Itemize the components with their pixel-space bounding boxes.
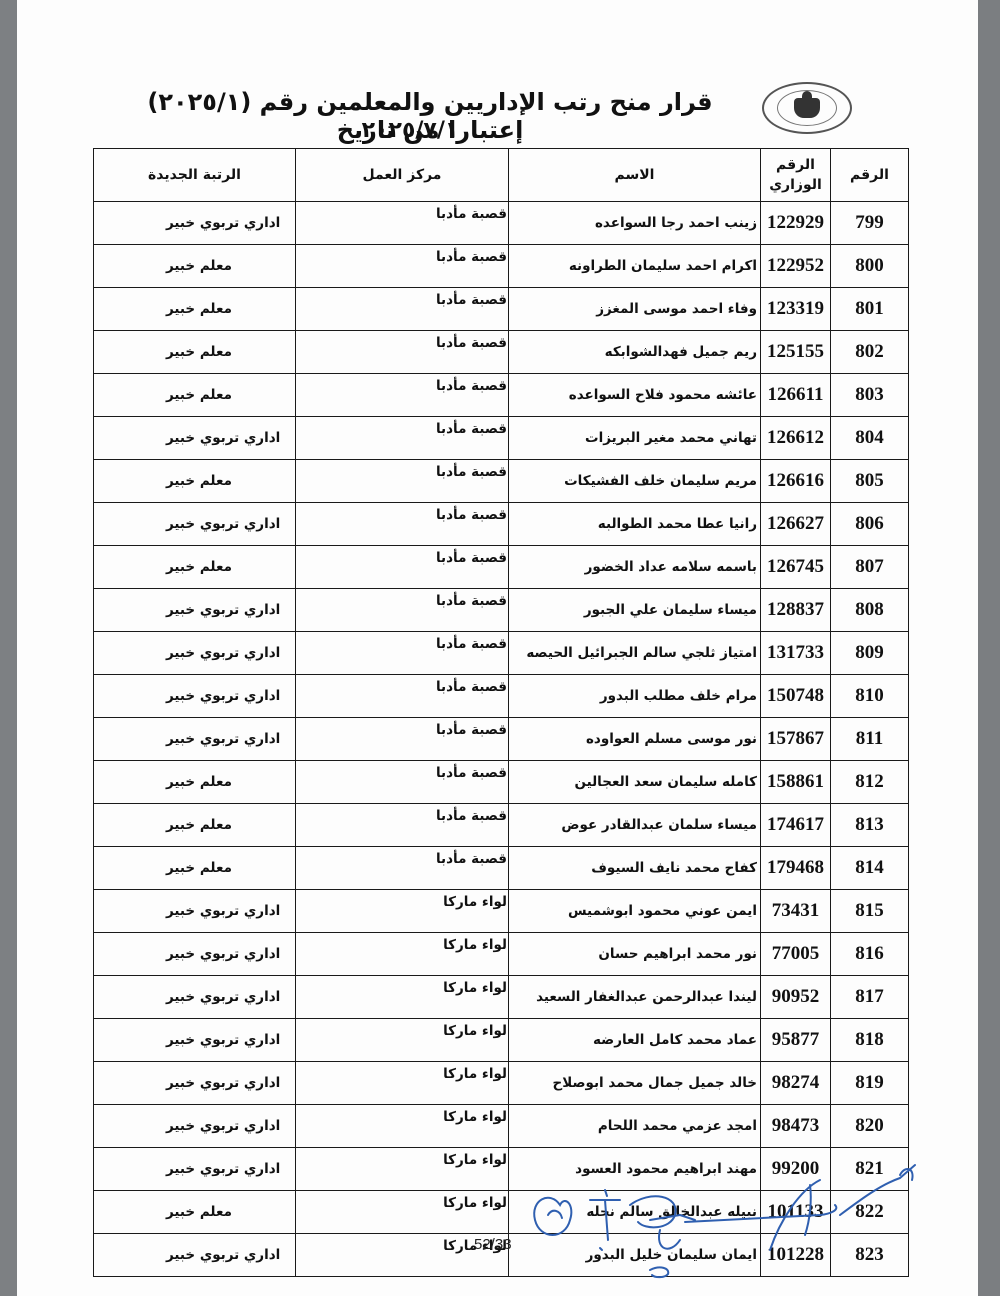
row-number: 801 [831, 288, 909, 331]
row-workplace: لواء ماركا [296, 1062, 509, 1105]
new-rank-text: معلم خبير [166, 473, 232, 489]
row-workplace: قصبة مأدبا [296, 804, 509, 847]
new-rank-text: اداري تربوي خبير [166, 688, 280, 704]
header-workplace: مركز العمل [296, 149, 509, 202]
table-row: 810150748مرام خلف مطلب البدورقصبة مأدباا… [94, 675, 909, 718]
new-rank-text: معلم خبير [166, 1204, 232, 1220]
table-row: 807126745باسمه سلامه عداد الخضورقصبة مأد… [94, 546, 909, 589]
row-name: مرام خلف مطلب البدور [509, 675, 761, 718]
header-name: الاسم [509, 149, 761, 202]
table-row: 802125155ريم جميل فهدالشوابكهقصبة مأدبام… [94, 331, 909, 374]
row-number: 811 [831, 718, 909, 761]
new-rank-text: معلم خبير [166, 258, 232, 274]
row-workplace: قصبة مأدبا [296, 589, 509, 632]
new-rank-text: اداري تربوي خبير [166, 989, 280, 1005]
row-ministry-number: 131733 [761, 632, 831, 675]
row-workplace: لواء ماركا [296, 933, 509, 976]
table-row: 813174617ميساء سلمان عبدالقادر عوضقصبة م… [94, 804, 909, 847]
table-row: 804126612تهاني محمد مغير البريزاتقصبة مأ… [94, 417, 909, 460]
new-rank-text: اداري تربوي خبير [166, 946, 280, 962]
table-row: 806126627رانيا عطا محمد الطوالبهقصبة مأد… [94, 503, 909, 546]
row-name: كامله سليمان سعد العجالين [509, 761, 761, 804]
row-number: 804 [831, 417, 909, 460]
row-number: 806 [831, 503, 909, 546]
handwritten-signatures [520, 1160, 970, 1290]
new-rank-text: اداري تربوي خبير [166, 1161, 280, 1177]
new-rank-text: معلم خبير [166, 301, 232, 317]
row-new-rank: اداري تربوي خبير [94, 1019, 296, 1062]
new-rank-text: معلم خبير [166, 860, 232, 876]
row-number: 800 [831, 245, 909, 288]
row-ministry-number: 179468 [761, 847, 831, 890]
row-workplace: قصبة مأدبا [296, 202, 509, 245]
row-number: 808 [831, 589, 909, 632]
row-name: كفاح محمد نايف السيوف [509, 847, 761, 890]
new-rank-text: معلم خبير [166, 817, 232, 833]
new-rank-text: اداري تربوي خبير [166, 602, 280, 618]
row-new-rank: معلم خبير [94, 847, 296, 890]
table-header-row: الرقم الرقم الوزاري الاسم مركز العمل الر… [94, 149, 909, 202]
header-number: الرقم [831, 149, 909, 202]
new-rank-text: اداري تربوي خبير [166, 430, 280, 446]
row-name: ايمن عوني محمود ابوشميس [509, 890, 761, 933]
row-ministry-number: 157867 [761, 718, 831, 761]
row-name: خالد جميل جمال محمد ابوصلاح [509, 1062, 761, 1105]
row-ministry-number: 95877 [761, 1019, 831, 1062]
emblem-inner-ring [777, 90, 837, 126]
table-row: 803126611عائشه محمود فلاح السواعدهقصبة م… [94, 374, 909, 417]
table-row: 81677005نور محمد ابراهيم حسانلواء ماركاا… [94, 933, 909, 976]
row-workplace: لواء ماركا [296, 1105, 509, 1148]
row-ministry-number: 98274 [761, 1062, 831, 1105]
new-rank-text: اداري تربوي خبير [166, 516, 280, 532]
row-number: 807 [831, 546, 909, 589]
table-row: 82098473امجد عزمي محمد اللحاملواء ماركاا… [94, 1105, 909, 1148]
header-new-rank: الرتبة الجديدة [94, 149, 296, 202]
new-rank-text: اداري تربوي خبير [166, 1118, 280, 1134]
row-number: 799 [831, 202, 909, 245]
row-workplace: قصبة مأدبا [296, 847, 509, 890]
row-new-rank: اداري تربوي خبير [94, 1148, 296, 1191]
new-rank-text: اداري تربوي خبير [166, 1032, 280, 1048]
row-ministry-number: 128837 [761, 589, 831, 632]
row-ministry-number: 126627 [761, 503, 831, 546]
row-new-rank: اداري تربوي خبير [94, 976, 296, 1019]
new-rank-text: معلم خبير [166, 559, 232, 575]
row-workplace: قصبة مأدبا [296, 632, 509, 675]
new-rank-text: اداري تربوي خبير [166, 903, 280, 919]
scan-edge-right [978, 0, 1000, 1296]
row-number: 813 [831, 804, 909, 847]
row-new-rank: اداري تربوي خبير [94, 1062, 296, 1105]
row-ministry-number: 126611 [761, 374, 831, 417]
table-row: 814179468كفاح محمد نايف السيوفقصبة مأدبا… [94, 847, 909, 890]
row-new-rank: اداري تربوي خبير [94, 417, 296, 460]
row-new-rank: معلم خبير [94, 331, 296, 374]
row-name: وفاء احمد موسى المغزز [509, 288, 761, 331]
row-workplace: قصبة مأدبا [296, 546, 509, 589]
row-name: امجد عزمي محمد اللحام [509, 1105, 761, 1148]
row-workplace: لواء ماركا [296, 890, 509, 933]
page-number: 52/33 [474, 1236, 512, 1253]
row-workplace: قصبة مأدبا [296, 331, 509, 374]
row-name: ميساء سليمان علي الجبور [509, 589, 761, 632]
row-name: زينب احمد رجا السواعده [509, 202, 761, 245]
row-workplace: قصبة مأدبا [296, 761, 509, 804]
table-row: 81573431ايمن عوني محمود ابوشميسلواء مارك… [94, 890, 909, 933]
table-row: 805126616مريم سليمان خلف الفشيكاتقصبة مأ… [94, 460, 909, 503]
row-new-rank: معلم خبير [94, 245, 296, 288]
row-ministry-number: 150748 [761, 675, 831, 718]
row-workplace: قصبة مأدبا [296, 245, 509, 288]
row-ministry-number: 77005 [761, 933, 831, 976]
table-row: 808128837ميساء سليمان علي الجبورقصبة مأد… [94, 589, 909, 632]
scan-edge-left [0, 0, 17, 1296]
row-new-rank: اداري تربوي خبير [94, 675, 296, 718]
row-ministry-number: 90952 [761, 976, 831, 1019]
row-new-rank: اداري تربوي خبير [94, 933, 296, 976]
row-number: 816 [831, 933, 909, 976]
row-number: 802 [831, 331, 909, 374]
row-name: رانيا عطا محمد الطوالبه [509, 503, 761, 546]
row-name: ليندا عبدالرحمن عبدالغفار السعيد [509, 976, 761, 1019]
row-number: 820 [831, 1105, 909, 1148]
new-rank-text: اداري تربوي خبير [166, 731, 280, 747]
new-rank-text: اداري تربوي خبير [166, 645, 280, 661]
row-name: تهاني محمد مغير البريزات [509, 417, 761, 460]
row-new-rank: اداري تربوي خبير [94, 890, 296, 933]
row-workplace: لواء ماركا [296, 1191, 509, 1234]
row-name: امتياز ثلجي سالم الجبرائيل الحيصه [509, 632, 761, 675]
row-new-rank: معلم خبير [94, 804, 296, 847]
row-workplace: قصبة مأدبا [296, 675, 509, 718]
row-workplace: لواء ماركا [296, 976, 509, 1019]
row-number: 818 [831, 1019, 909, 1062]
table-body: 799122929زينب احمد رجا السواعدهقصبة مأدب… [94, 202, 909, 1277]
row-name: نور موسى مسلم العواوده [509, 718, 761, 761]
row-new-rank: اداري تربوي خبير [94, 589, 296, 632]
new-rank-text: معلم خبير [166, 774, 232, 790]
table-row: 812158861كامله سليمان سعد العجالينقصبة م… [94, 761, 909, 804]
row-number: 812 [831, 761, 909, 804]
row-new-rank: اداري تربوي خبير [94, 1234, 296, 1277]
row-workplace: قصبة مأدبا [296, 288, 509, 331]
row-number: 805 [831, 460, 909, 503]
row-number: 814 [831, 847, 909, 890]
row-new-rank: اداري تربوي خبير [94, 632, 296, 675]
row-workplace: قصبة مأدبا [296, 374, 509, 417]
row-ministry-number: 125155 [761, 331, 831, 374]
table-row: 81998274خالد جميل جمال محمد ابوصلاحلواء … [94, 1062, 909, 1105]
row-ministry-number: 126745 [761, 546, 831, 589]
row-name: نور محمد ابراهيم حسان [509, 933, 761, 976]
new-rank-text: اداري تربوي خبير [166, 215, 280, 231]
row-new-rank: معلم خبير [94, 761, 296, 804]
row-ministry-number: 98473 [761, 1105, 831, 1148]
new-rank-text: معلم خبير [166, 387, 232, 403]
row-name: عماد محمد كامل العارضه [509, 1019, 761, 1062]
row-workplace: لواء ماركا [296, 1148, 509, 1191]
row-new-rank: معلم خبير [94, 546, 296, 589]
row-workplace: قصبة مأدبا [296, 460, 509, 503]
header-ministry-number: الرقم الوزاري [761, 149, 831, 202]
row-name: باسمه سلامه عداد الخضور [509, 546, 761, 589]
table-row: 811157867نور موسى مسلم العواودهقصبة مأدب… [94, 718, 909, 761]
row-ministry-number: 123319 [761, 288, 831, 331]
row-new-rank: معلم خبير [94, 460, 296, 503]
new-rank-text: اداري تربوي خبير [166, 1247, 280, 1263]
row-number: 817 [831, 976, 909, 1019]
row-name: ريم جميل فهدالشوابكه [509, 331, 761, 374]
row-ministry-number: 73431 [761, 890, 831, 933]
new-rank-text: معلم خبير [166, 344, 232, 360]
row-number: 810 [831, 675, 909, 718]
row-workplace: لواء ماركا [296, 1019, 509, 1062]
document-title-date: ٢٠٢٥/٧/١ [320, 118, 500, 144]
row-workplace: قصبة مأدبا [296, 417, 509, 460]
row-ministry-number: 158861 [761, 761, 831, 804]
table-row: 799122929زينب احمد رجا السواعدهقصبة مأدب… [94, 202, 909, 245]
row-ministry-number: 126612 [761, 417, 831, 460]
table-row: 81790952ليندا عبدالرحمن عبدالغفار السعيد… [94, 976, 909, 1019]
row-name: عائشه محمود فلاح السواعده [509, 374, 761, 417]
row-new-rank: اداري تربوي خبير [94, 503, 296, 546]
row-ministry-number: 126616 [761, 460, 831, 503]
row-new-rank: اداري تربوي خبير [94, 718, 296, 761]
row-name: مريم سليمان خلف الفشيكات [509, 460, 761, 503]
row-workplace: قصبة مأدبا [296, 503, 509, 546]
ministry-emblem-icon [762, 82, 852, 134]
row-name: ميساء سلمان عبدالقادر عوض [509, 804, 761, 847]
table-row: 800122952اكرام احمد سليمان الطراونهقصبة … [94, 245, 909, 288]
row-number: 815 [831, 890, 909, 933]
row-new-rank: اداري تربوي خبير [94, 202, 296, 245]
row-name: اكرام احمد سليمان الطراونه [509, 245, 761, 288]
table-row: 801123319وفاء احمد موسى المغززقصبة مأدبا… [94, 288, 909, 331]
table-row: 809131733امتياز ثلجي سالم الجبرائيل الحي… [94, 632, 909, 675]
row-number: 819 [831, 1062, 909, 1105]
row-number: 803 [831, 374, 909, 417]
row-new-rank: معلم خبير [94, 288, 296, 331]
table-row: 81895877عماد محمد كامل العارضهلواء ماركا… [94, 1019, 909, 1062]
row-new-rank: معلم خبير [94, 374, 296, 417]
row-workplace: قصبة مأدبا [296, 718, 509, 761]
row-new-rank: اداري تربوي خبير [94, 1105, 296, 1148]
promotions-table: الرقم الرقم الوزاري الاسم مركز العمل الر… [93, 148, 909, 1277]
crown-crest-icon [794, 98, 820, 118]
row-number: 809 [831, 632, 909, 675]
row-new-rank: معلم خبير [94, 1191, 296, 1234]
row-ministry-number: 174617 [761, 804, 831, 847]
row-ministry-number: 122952 [761, 245, 831, 288]
row-ministry-number: 122929 [761, 202, 831, 245]
new-rank-text: اداري تربوي خبير [166, 1075, 280, 1091]
